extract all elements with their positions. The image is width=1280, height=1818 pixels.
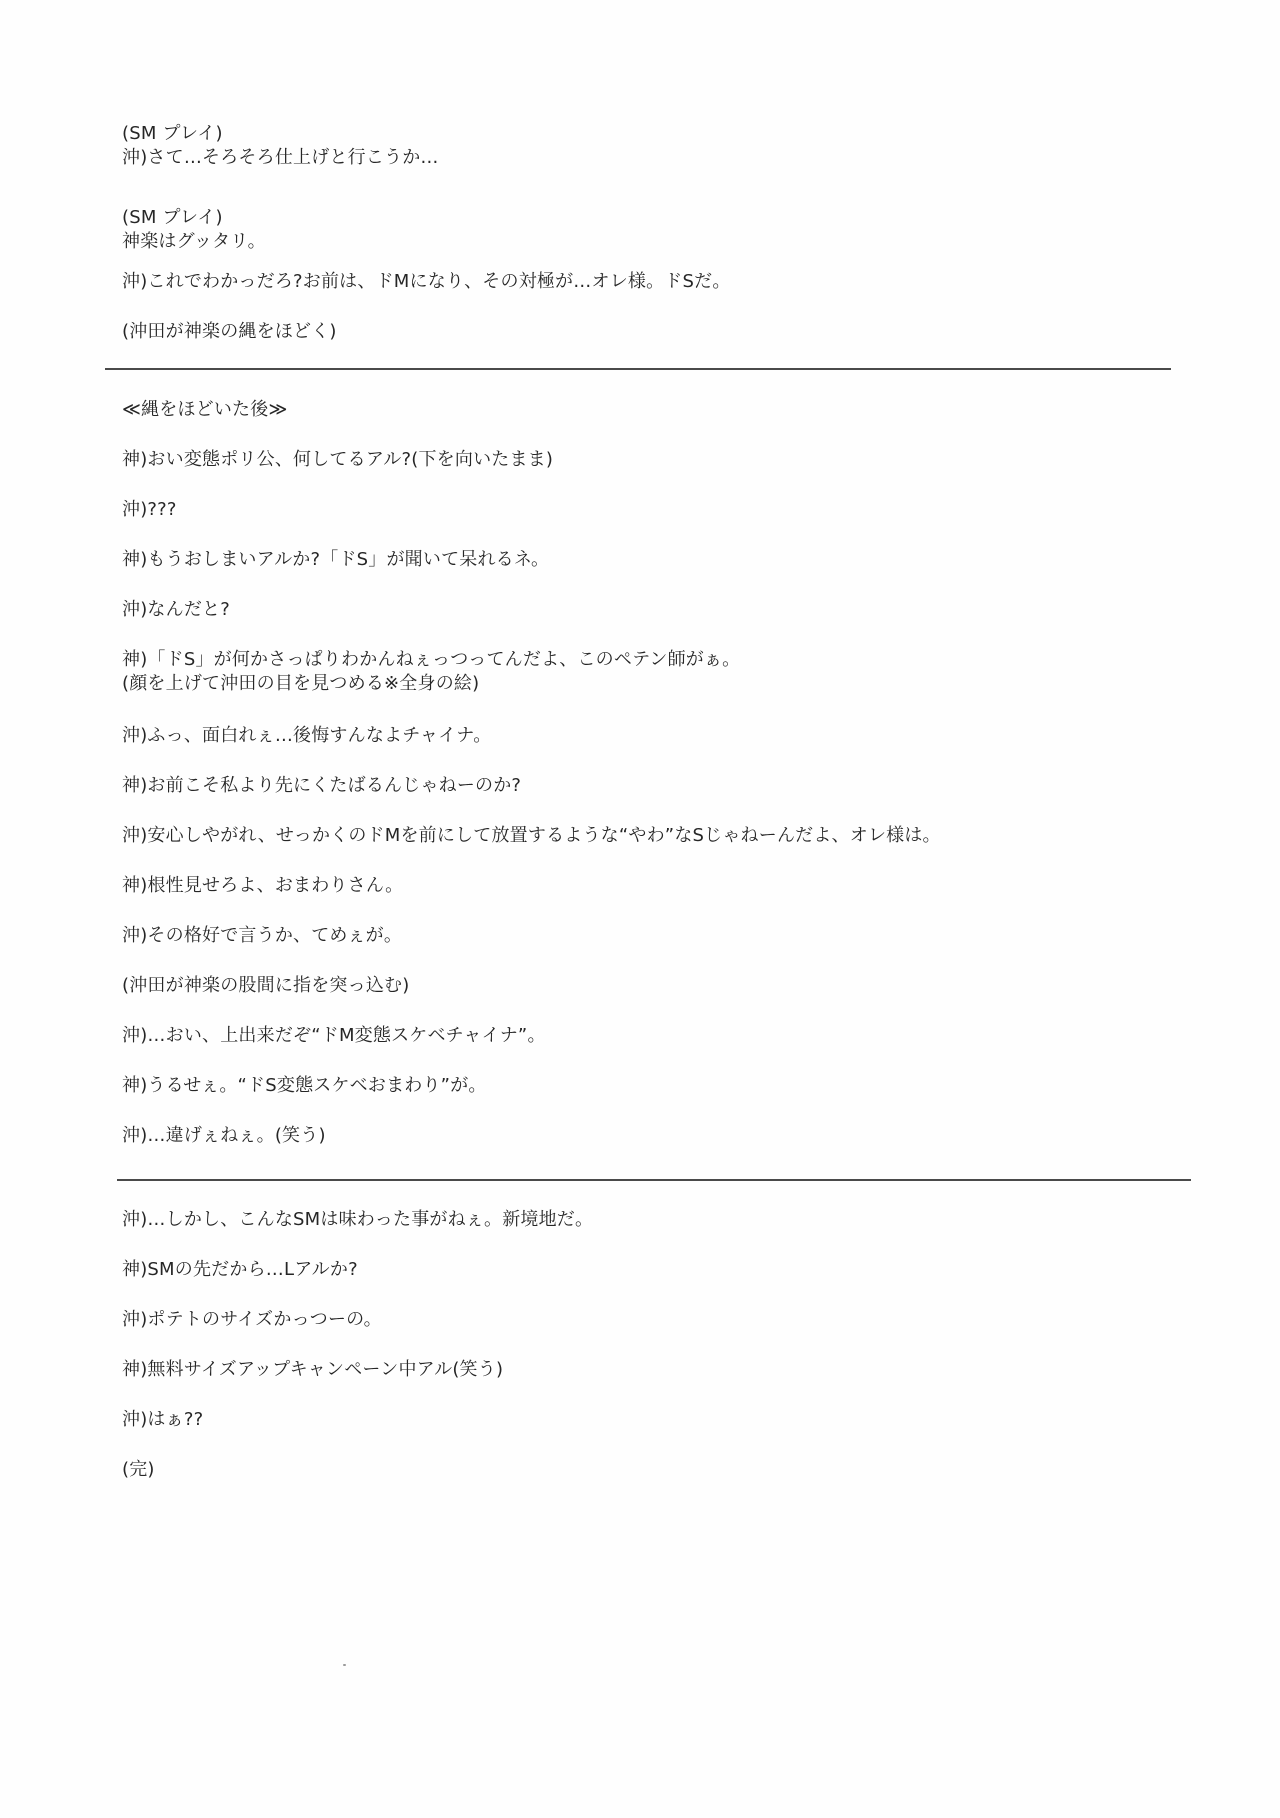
scan-speck	[343, 1664, 346, 1666]
document-page: (SM プレイ) 沖)さて…そろそろ仕上げと行こうか… (SM プレイ) 神楽は…	[0, 0, 1280, 1818]
section-divider	[117, 1179, 1191, 1181]
dialogue-line: 沖)これでわかっだろ?お前は、ドMになり、その対極が…オレ様。ドSだ。	[122, 270, 731, 294]
dialogue-line: 沖)なんだと?	[122, 598, 230, 622]
dialogue-line: 沖)さて…そろそろ仕上げと行こうか…	[122, 146, 439, 170]
dialogue-line: 神)お前こそ私より先にくたばるんじゃねーのか?	[122, 774, 521, 798]
stage-direction: (SM プレイ)	[122, 206, 223, 230]
dialogue-line: 沖)ふっ、面白れぇ…後悔すんなよチャイナ。	[122, 724, 491, 748]
stage-direction: (沖田が神楽の股間に指を突っ込む)	[122, 974, 409, 998]
narration-line: 神楽はグッタリ。	[122, 230, 266, 254]
section-heading: ≪縄をほどいた後≫	[122, 398, 288, 422]
dialogue-line: 沖)ポテトのサイズかっつーの。	[122, 1308, 382, 1332]
stage-direction: (沖田が神楽の縄をほどく)	[122, 320, 337, 344]
dialogue-line: 沖)安心しやがれ、せっかくのドMを前にして放置するような“やわ”なSじゃねーんだ…	[122, 824, 941, 848]
dialogue-line: 神)もうおしまいアルか?「ドS」が聞いて呆れるネ。	[122, 548, 549, 572]
dialogue-line: 沖)…違げぇねぇ。(笑う)	[122, 1124, 326, 1148]
dialogue-line: 沖)…おい、上出来だぞ“ドM変態スケベチャイナ”。	[122, 1024, 546, 1048]
dialogue-line: 神)無料サイズアップキャンペーン中アル(笑う)	[122, 1358, 503, 1382]
dialogue-line: 神)おい変態ポリ公、何してるアル?(下を向いたまま)	[122, 448, 553, 472]
dialogue-line: 沖)その格好で言うか、てめぇが。	[122, 924, 402, 948]
dialogue-line: 沖)???	[122, 498, 177, 522]
stage-direction: (SM プレイ)	[122, 122, 223, 146]
dialogue-line: 沖)…しかし、こんなSMは味わった事がねぇ。新境地だ。	[122, 1208, 593, 1232]
end-marker: (完)	[122, 1458, 155, 1482]
dialogue-line: 神)うるせぇ。“ドS変態スケベおまわり”が。	[122, 1074, 487, 1098]
dialogue-line: 沖)はぁ??	[122, 1408, 203, 1432]
dialogue-line: 神)根性見せろよ、おまわりさん。	[122, 874, 403, 898]
section-divider	[105, 368, 1171, 370]
dialogue-line: 神)SMの先だから…Lアルか?	[122, 1258, 358, 1282]
dialogue-line: 神)「ドS」が何かさっぱりわかんねぇっつってんだよ、このペテン師がぁ。	[122, 648, 740, 672]
stage-direction: (顔を上げて沖田の目を見つめる※全身の絵)	[122, 672, 479, 696]
